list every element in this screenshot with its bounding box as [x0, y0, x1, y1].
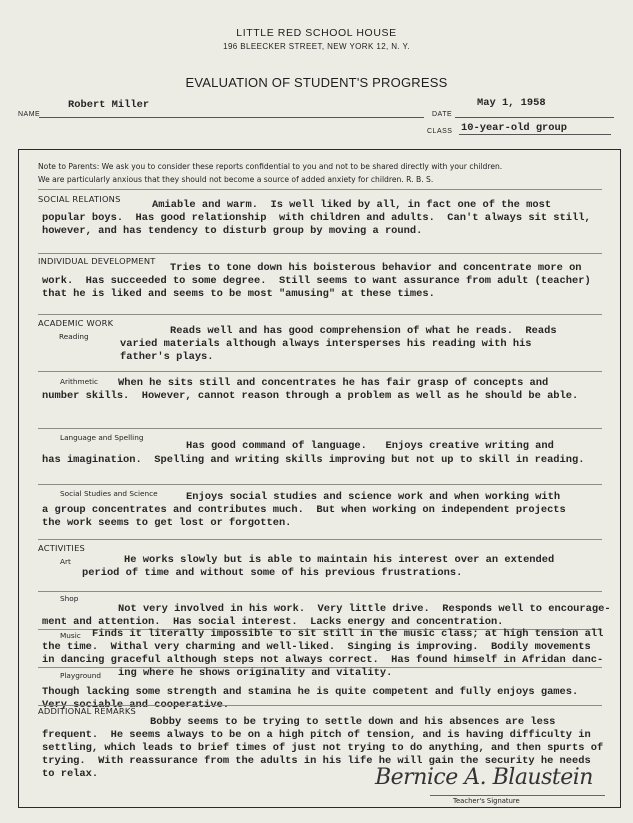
subsection-label-art: Art: [60, 557, 71, 566]
social-studies-line-2: a group concentrates and contributes muc…: [42, 504, 566, 517]
individual-development-line-3: that he is liked and seems to be most "a…: [42, 288, 435, 301]
class-label: CLASS: [427, 128, 452, 135]
individual-development-line-2: work. Has succeeded to some degree. Stil…: [42, 275, 591, 288]
remarks-line-1: Bobby seems to be trying to settle down …: [150, 716, 555, 729]
shop-line-2: ment and attention. Has social interest.…: [42, 616, 503, 629]
section-title-additional-remarks: ADDITIONAL REMARKS: [38, 706, 136, 716]
social-relations-line-2: popular boys. Has good relationship with…: [42, 212, 591, 225]
social-studies-line-3: the work seems to get lost or forgotten.: [42, 517, 291, 530]
music-line-1: Finds it literally impossible to sit sti…: [92, 628, 603, 641]
divider: [38, 591, 602, 592]
name-underline: [39, 117, 424, 118]
subsection-label-language-spelling: Language and Spelling: [60, 433, 143, 442]
divider: [38, 371, 602, 372]
reading-line-1: Reads well and has good comprehension of…: [170, 325, 557, 338]
subsection-label-social-studies-science: Social Studies and Science: [60, 489, 158, 498]
divider: [38, 314, 602, 315]
subsection-label-playground: Playground: [60, 671, 101, 680]
music-line-3: in dancing graceful although steps not a…: [42, 654, 603, 667]
arithmetic-line-2: number skills. However, cannot reason th…: [42, 390, 578, 403]
divider: [38, 189, 602, 190]
section-title-academic-work: ACADEMIC WORK: [38, 318, 113, 328]
teacher-signature: Bernice A. Blaustein: [375, 765, 593, 790]
section-title-activities: ACTIVITIES: [38, 543, 85, 553]
social-studies-line-1: Enjoys social studies and science work a…: [186, 491, 560, 504]
reading-line-3: father's plays.: [120, 351, 214, 364]
note-line-2: We are particularly anxious that they sh…: [38, 174, 502, 187]
school-address: 196 BLEECKER STREET, NEW YORK 12, N. Y.: [0, 42, 633, 51]
music-line-2: the time. Withal very charming and well-…: [42, 641, 591, 654]
social-relations-line-3: however, and has tendency to disturb gro…: [42, 225, 422, 238]
subsection-label-shop: Shop: [60, 594, 78, 603]
form-title: EVALUATION OF STUDENT'S PROGRESS: [0, 75, 633, 90]
music-line-4: ing where he shows originality and vital…: [118, 667, 392, 680]
divider: [38, 428, 602, 429]
note-to-parents: Note to Parents: We ask you to consider …: [38, 161, 502, 186]
section-title-social-relations: SOCIAL RELATIONS: [38, 194, 121, 204]
divider: [38, 539, 602, 540]
remarks-line-2: frequent. He seems always to be on a hig…: [42, 729, 591, 742]
shop-line-1: Not very involved in his work. Very litt…: [118, 603, 611, 616]
subsection-label-arithmetic: Arithmetic: [60, 377, 98, 386]
class-value: 10-year-old group: [461, 122, 567, 135]
section-title-individual-development: INDIVIDUAL DEVELOPMENT: [38, 256, 156, 266]
subsection-label-music: Music: [60, 631, 81, 640]
divider: [38, 253, 602, 254]
language-spelling-line-2: has imagination. Spelling and writing sk…: [42, 454, 584, 467]
signature-line: [430, 795, 605, 796]
arithmetic-line-1: When he sits still and concentrates he h…: [118, 377, 548, 390]
name-value: Robert Miller: [68, 99, 149, 112]
divider: [38, 484, 602, 485]
reading-line-2: varied materials although always intersp…: [120, 338, 532, 351]
note-line-1: Note to Parents: We ask you to consider …: [38, 161, 502, 174]
playground-line-1: Though lacking some strength and stamina…: [42, 686, 578, 699]
date-label: DATE: [432, 111, 452, 118]
art-line-2: period of time and without some of his p…: [82, 567, 462, 580]
remarks-line-5: to relax.: [42, 768, 98, 781]
signature-label: Teacher's Signature: [453, 797, 520, 805]
language-spelling-line-1: Has good command of language. Enjoys cre…: [186, 440, 554, 453]
subsection-label-reading: Reading: [59, 332, 89, 341]
remarks-line-3: settling, which leads to brief times of …: [42, 742, 603, 755]
art-line-1: He works slowly but is able to maintain …: [124, 554, 554, 567]
school-name: LITTLE RED SCHOOL HOUSE: [0, 27, 633, 39]
name-label: NAME: [18, 111, 40, 118]
date-value: May 1, 1958: [477, 97, 546, 110]
date-underline: [455, 117, 614, 118]
individual-development-line-1: Tries to tone down his boisterous behavi…: [170, 262, 582, 275]
social-relations-line-1: Amiable and warm. Is well liked by all, …: [152, 199, 551, 212]
